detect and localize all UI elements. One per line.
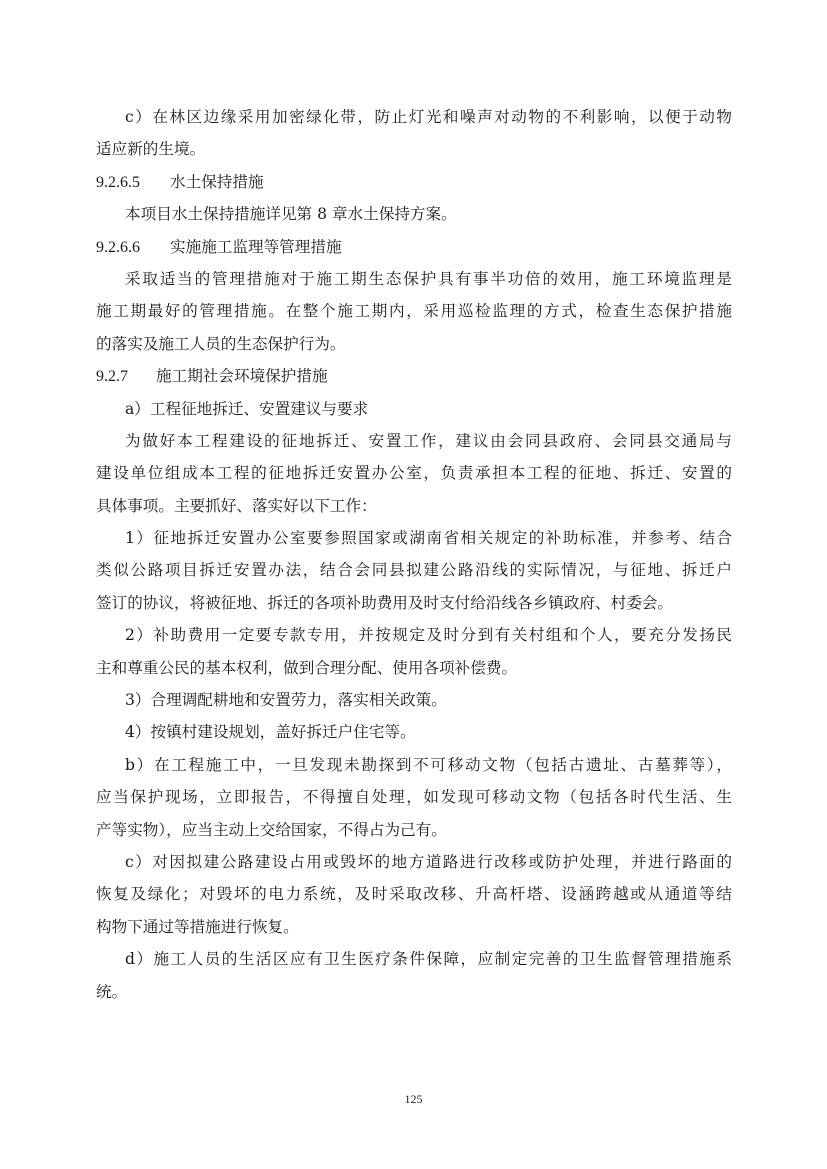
- paragraph-line: 主和尊重公民的基本权利，做到合理分配、使用各项补偿费。: [96, 652, 732, 684]
- paragraph-line: 4）按镇村建设规划，盖好拆迁户住宅等。: [96, 716, 732, 748]
- section-number: 9.2.7: [96, 361, 156, 393]
- section-title: 水土保持措施: [170, 173, 264, 191]
- section-heading-9-2-6-6: 9.2.6.6实施施工监理等管理措施: [96, 231, 732, 263]
- section-title: 施工期社会环境保护措施: [156, 367, 328, 385]
- paragraph-line: 构物下通过等措施进行恢复。: [96, 911, 732, 943]
- paragraph-line: 应当保护现场，立即报告，不得擅自处理，如发现可移动文物（包括各时代生活、生: [96, 781, 732, 813]
- paragraph-line: 恢复及绿化；对毁坏的电力系统，及时采取改移、升高杆塔、设涵跨越或从通道等结: [96, 878, 732, 910]
- paragraph-line: 产等实物），应当主动上交给国家，不得占为己有。: [96, 814, 732, 846]
- paragraph-line: 本项目水土保持措施详见第 8 章水土保持方案。: [96, 198, 732, 230]
- paragraph-line: a）工程征地拆迁、安置建议与要求: [96, 393, 732, 425]
- section-heading-9-2-7: 9.2.7施工期社会环境保护措施: [96, 360, 732, 392]
- paragraph-line: 为做好本工程建设的征地拆迁、安置工作，建议由会同县政府、会同县交通局与: [96, 425, 732, 457]
- paragraph-line: 采取适当的管理措施对于施工期生态保护具有事半功倍的效用，施工环境监理是: [96, 263, 732, 295]
- paragraph-line: 的落实及施工人员的生态保护行为。: [96, 328, 732, 360]
- paragraph-line: d）施工人员的生活区应有卫生医疗条件保障，应制定完善的卫生监督管理措施系: [96, 943, 732, 975]
- paragraph-line: 1）征地拆迁安置办公室要参照国家或湖南省相关规定的补助标准，并参考、结合: [96, 522, 732, 554]
- paragraph-line: 适应新的生境。: [96, 133, 732, 165]
- page-number: 125: [0, 1092, 827, 1107]
- section-number: 9.2.6.5: [96, 167, 170, 199]
- section-title: 实施施工监理等管理措施: [170, 238, 342, 256]
- section-heading-9-2-6-5: 9.2.6.5水土保持措施: [96, 166, 732, 198]
- section-number: 9.2.6.6: [96, 232, 170, 264]
- paragraph-line: 施工期最好的管理措施。在整个施工期内，采用巡检监理的方式，检查生态保护措施: [96, 295, 732, 327]
- document-body: c）在林区边缘采用加密绿化带，防止灯光和噪声对动物的不利影响，以便于动物 适应新…: [96, 101, 732, 1008]
- paragraph-line: 具体事项。主要抓好、落实好以下工作：: [96, 490, 732, 522]
- paragraph-line: c）在林区边缘采用加密绿化带，防止灯光和噪声对动物的不利影响，以便于动物: [96, 101, 732, 133]
- paragraph-line: 2）补助费用一定要专款专用，并按规定及时分到有关村组和个人，要充分发扬民: [96, 619, 732, 651]
- paragraph-line: 类似公路项目拆迁安置办法，结合会同县拟建公路沿线的实际情况，与征地、拆迁户: [96, 554, 732, 586]
- paragraph-line: b）在工程施工中，一旦发现未勘探到不可移动文物（包括古遗址、古墓葬等），: [96, 749, 732, 781]
- paragraph-line: 签订的协议，将被征地、拆迁的各项补助费用及时支付给沿线各乡镇政府、村委会。: [96, 587, 732, 619]
- paragraph-line: 3）合理调配耕地和安置劳力，落实相关政策。: [96, 684, 732, 716]
- paragraph-line: 统。: [96, 976, 732, 1008]
- paragraph-line: 建设单位组成本工程的征地拆迁安置办公室，负责承担本工程的征地、拆迁、安置的: [96, 457, 732, 489]
- paragraph-line: c）对因拟建公路建设占用或毁坏的地方道路进行改移或防护处理，并进行路面的: [96, 846, 732, 878]
